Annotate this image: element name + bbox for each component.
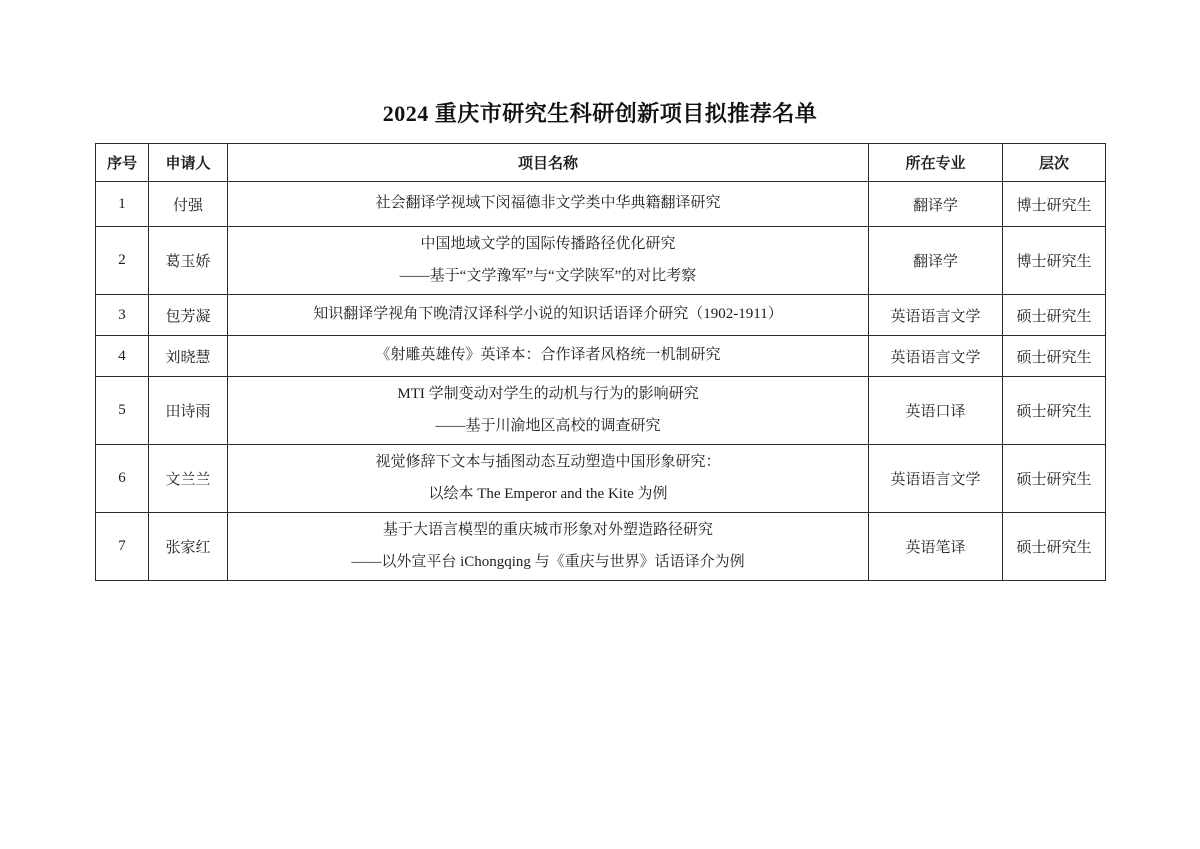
project-name-cell: 视觉修辞下文本与插图动态互动塑造中国形象研究： 以绘本 The Emperor … — [228, 445, 869, 513]
column-header-no: 序号 — [96, 144, 149, 182]
row-number-cell: 3 — [96, 295, 149, 336]
document-page: 2024 重庆市研究生科研创新项目拟推荐名单 序号 申请人 项目名称 所在专业 … — [95, 0, 1105, 581]
applicant-cell: 包芳凝 — [149, 295, 228, 336]
table-row: 1 付强 社会翻译学视域下闵福德非文学类中华典籍翻译研究 翻译学 博士研究生 — [96, 182, 1106, 227]
table-row: 4 刘晓慧 《射雕英雄传》英译本：合作译者风格统一机制研究 英语语言文学 硕士研… — [96, 336, 1106, 377]
project-line: 中国地域文学的国际传播路径优化研究 — [232, 236, 864, 253]
table-row: 3 包芳凝 知识翻译学视角下晚清汉译科学小说的知识话语译介研究（1902-191… — [96, 295, 1106, 336]
project-line: 《射雕英雄传》英译本：合作译者风格统一机制研究 — [232, 347, 864, 364]
major-cell: 英语笔译 — [869, 513, 1003, 581]
level-cell: 硕士研究生 — [1003, 513, 1106, 581]
row-number-cell: 6 — [96, 445, 149, 513]
table-row: 2 葛玉娇 中国地域文学的国际传播路径优化研究 ——基于“文学豫军”与“文学陕军… — [96, 227, 1106, 295]
major-cell: 英语口译 — [869, 377, 1003, 445]
major-cell: 翻译学 — [869, 227, 1003, 295]
major-cell: 翻译学 — [869, 182, 1003, 227]
applicant-cell: 文兰兰 — [149, 445, 228, 513]
level-cell: 硕士研究生 — [1003, 445, 1106, 513]
project-line: MTI 学制变动对学生的动机与行为的影响研究 — [232, 386, 864, 403]
project-line: 知识翻译学视角下晚清汉译科学小说的知识话语译介研究（1902-1911） — [232, 306, 864, 323]
projects-table: 序号 申请人 项目名称 所在专业 层次 1 付强 社会翻译学视域下闵福德非文学类… — [95, 143, 1106, 581]
page-title: 2024 重庆市研究生科研创新项目拟推荐名单 — [95, 97, 1105, 128]
applicant-cell: 付强 — [149, 182, 228, 227]
column-header-project: 项目名称 — [228, 144, 869, 182]
table-header-row: 序号 申请人 项目名称 所在专业 层次 — [96, 144, 1106, 182]
project-name-cell: 知识翻译学视角下晚清汉译科学小说的知识话语译介研究（1902-1911） — [228, 295, 869, 336]
project-line: 社会翻译学视域下闵福德非文学类中华典籍翻译研究 — [232, 195, 864, 212]
project-line: ——基于“文学豫军”与“文学陕军”的对比考察 — [232, 268, 864, 285]
project-line: 以绘本 The Emperor and the Kite 为例 — [232, 486, 864, 503]
project-line: ——以外宣平台 iChongqing 与《重庆与世界》话语译介为例 — [232, 554, 864, 571]
table-row: 5 田诗雨 MTI 学制变动对学生的动机与行为的影响研究 ——基于川渝地区高校的… — [96, 377, 1106, 445]
row-number-cell: 5 — [96, 377, 149, 445]
column-header-major: 所在专业 — [869, 144, 1003, 182]
applicant-cell: 田诗雨 — [149, 377, 228, 445]
project-name-cell: 社会翻译学视域下闵福德非文学类中华典籍翻译研究 — [228, 182, 869, 227]
level-cell: 博士研究生 — [1003, 227, 1106, 295]
level-cell: 硕士研究生 — [1003, 336, 1106, 377]
major-cell: 英语语言文学 — [869, 336, 1003, 377]
column-header-level: 层次 — [1003, 144, 1106, 182]
project-line: ——基于川渝地区高校的调查研究 — [232, 418, 864, 435]
applicant-cell: 葛玉娇 — [149, 227, 228, 295]
level-cell: 博士研究生 — [1003, 182, 1106, 227]
row-number-cell: 4 — [96, 336, 149, 377]
project-line: 基于大语言模型的重庆城市形象对外塑造路径研究 — [232, 522, 864, 539]
row-number-cell: 1 — [96, 182, 149, 227]
project-line: 视觉修辞下文本与插图动态互动塑造中国形象研究： — [232, 454, 864, 471]
column-header-applicant: 申请人 — [149, 144, 228, 182]
applicant-cell: 刘晓慧 — [149, 336, 228, 377]
row-number-cell: 2 — [96, 227, 149, 295]
project-name-cell: MTI 学制变动对学生的动机与行为的影响研究 ——基于川渝地区高校的调查研究 — [228, 377, 869, 445]
project-name-cell: 中国地域文学的国际传播路径优化研究 ——基于“文学豫军”与“文学陕军”的对比考察 — [228, 227, 869, 295]
applicant-cell: 张家红 — [149, 513, 228, 581]
level-cell: 硕士研究生 — [1003, 295, 1106, 336]
table-row: 7 张家红 基于大语言模型的重庆城市形象对外塑造路径研究 ——以外宣平台 iCh… — [96, 513, 1106, 581]
major-cell: 英语语言文学 — [869, 295, 1003, 336]
table-row: 6 文兰兰 视觉修辞下文本与插图动态互动塑造中国形象研究： 以绘本 The Em… — [96, 445, 1106, 513]
project-name-cell: 基于大语言模型的重庆城市形象对外塑造路径研究 ——以外宣平台 iChongqin… — [228, 513, 869, 581]
major-cell: 英语语言文学 — [869, 445, 1003, 513]
row-number-cell: 7 — [96, 513, 149, 581]
project-name-cell: 《射雕英雄传》英译本：合作译者风格统一机制研究 — [228, 336, 869, 377]
level-cell: 硕士研究生 — [1003, 377, 1106, 445]
